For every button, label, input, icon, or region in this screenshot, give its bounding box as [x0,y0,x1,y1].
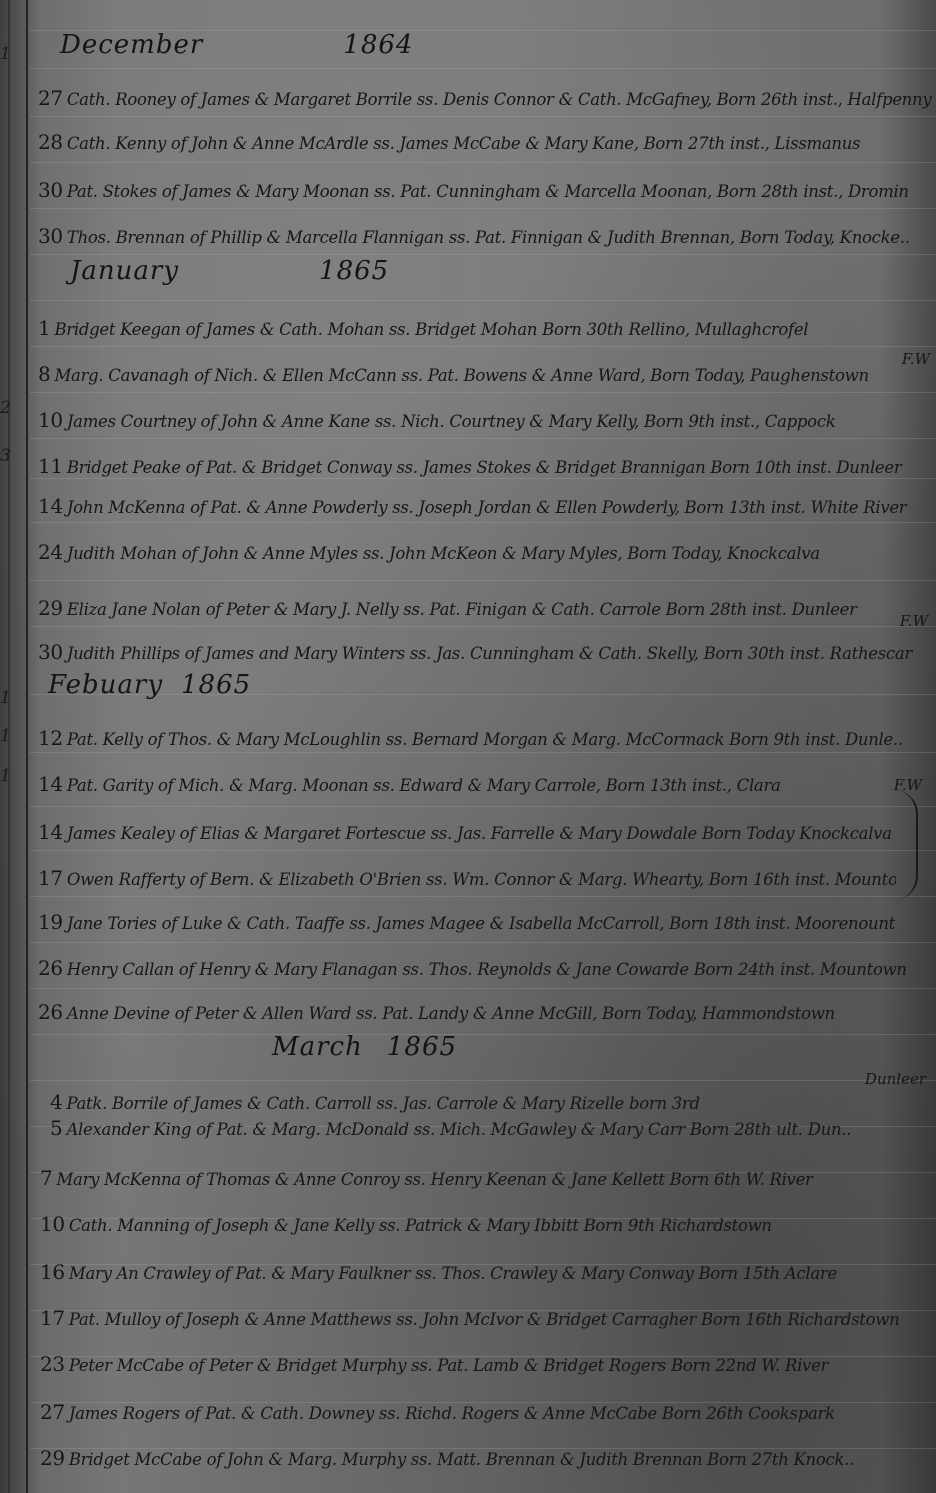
register-entry: 14John McKenna of Pat. & Anne Powderly s… [38,494,932,518]
register-entry: 14James Kealey of Elias & Margaret Forte… [38,820,896,844]
entry-day: 26 [38,956,63,980]
month-label: December [60,30,203,60]
entry-text: Thos. Brennan of Phillip & Marcella Flan… [67,228,910,247]
entry-day: 1 [38,316,50,340]
entry-text: Eliza Jane Nolan of Peter & Mary J. Nell… [67,600,857,619]
year-label: 1865 [181,670,251,700]
entry-text: James Kealey of Elias & Margaret Fortesc… [67,824,892,843]
entry-day: 27 [38,86,63,110]
entry-day: 17 [38,866,63,890]
ruled-line [30,1034,936,1035]
entry-day: 10 [38,408,63,432]
entry-text: Bridget Peake of Pat. & Bridget Conway s… [67,458,902,477]
ruled-line [30,1080,936,1081]
entry-text: Judith Mohan of John & Anne Myles ss. Jo… [67,544,820,563]
section-heading-december-1864: December1864 [60,30,413,60]
ruled-line [30,478,936,479]
entry-day: 4 [50,1090,62,1114]
entry-day: 29 [38,596,63,620]
year-label: 1864 [343,30,413,60]
entry-text: Anne Devine of Peter & Allen Ward ss. Pa… [67,1004,835,1023]
register-entry: 12Pat. Kelly of Thos. & Mary McLoughlin … [38,726,932,750]
entry-day: 14 [38,772,63,796]
entry-day: 17 [40,1306,65,1330]
entry-text: Alexander King of Pat. & Marg. McDonald … [66,1120,851,1139]
entry-day: 8 [38,362,50,386]
entry-day: 23 [40,1352,65,1376]
ruled-line [30,346,936,347]
register-entry: 26Henry Callan of Henry & Mary Flanagan … [38,956,932,980]
margin-mark: 1 [0,726,11,746]
margin-mark: 1 [0,766,11,786]
entry-day: 14 [38,494,63,518]
entry-text: Patk. Borrile of James & Cath. Carroll s… [66,1094,699,1113]
register-entry: 24Judith Mohan of John & Anne Myles ss. … [38,540,932,564]
entry-day: 30 [38,178,63,202]
margin-mark: 3 [0,446,11,466]
register-entry: 10James Courtney of John & Anne Kane ss.… [38,408,932,432]
entry-text: Bridget McCabe of John & Marg. Murphy ss… [69,1450,854,1469]
ruled-line [30,438,936,439]
entry-day: 11 [38,454,63,478]
register-entry: 23Peter McCabe of Peter & Bridget Murphy… [40,1352,932,1376]
section-heading-february-1865: Febuary1865 [48,670,251,700]
register-entry: 7Mary McKenna of Thomas & Anne Conroy ss… [40,1166,932,1190]
section-heading-january-1865: January1865 [70,256,389,286]
register-entry: 30Pat. Stokes of James & Mary Moonan ss.… [38,178,932,202]
register-entry: 17Owen Rafferty of Bern. & Elizabeth O'B… [38,866,896,890]
entry-text: Pat. Kelly of Thos. & Mary McLoughlin ss… [67,730,903,749]
entry-text: Henry Callan of Henry & Mary Flanagan ss… [67,960,907,979]
register-entry: 30Judith Phillips of James and Mary Wint… [38,640,932,664]
entry-text: Cath. Rooney of James & Margaret Borrile… [67,90,932,109]
register-entry: 1Bridget Keegan of James & Cath. Mohan s… [38,316,932,340]
margin-mark: 1 [0,44,11,64]
section-heading-march-1865: March1865 [272,1032,457,1062]
entry-day: 16 [40,1260,65,1284]
ruled-line [30,752,936,753]
ruled-line [30,392,936,393]
entry-text: Jane Tories of Luke & Cath. Taaffe ss. J… [67,914,895,933]
margin-mark: 2 [0,398,11,418]
entry-day: 7 [40,1166,52,1190]
margin-rule-inner [26,0,28,1493]
year-label: 1865 [319,256,389,286]
register-entry: 4Patk. Borrile of James & Cath. Carroll … [50,1090,932,1114]
entry-text: Marg. Cavanagh of Nich. & Ellen McCann s… [54,366,868,385]
register-entry: 10Cath. Manning of Joseph & Jane Kelly s… [40,1212,932,1236]
entry-day: 24 [38,540,63,564]
entry-text: James Rogers of Pat. & Cath. Downey ss. … [69,1404,835,1423]
margin-note-dunleer: Dunleer [865,1070,926,1088]
entry-day: 5 [50,1116,62,1140]
margin-note-fw: F.W [902,350,930,368]
entry-day: 19 [38,910,63,934]
register-entry: 28Cath. Kenny of John & Anne McArdle ss.… [38,130,932,154]
register-entry: 5Alexander King of Pat. & Marg. McDonald… [50,1116,932,1140]
register-entry: 8Marg. Cavanagh of Nich. & Ellen McCann … [38,362,896,386]
register-entry: 26Anne Devine of Peter & Allen Ward ss. … [38,1000,932,1024]
entry-text: Judith Phillips of James and Mary Winter… [67,644,912,663]
entry-text: Mary An Crawley of Pat. & Mary Faulkner … [69,1264,837,1283]
ruled-line [30,116,936,117]
margin-note-fw: F.W [900,612,928,630]
ruled-line [30,626,936,627]
entry-text: Pat. Garity of Mich. & Marg. Moonan ss. … [67,776,781,795]
entry-text: Owen Rafferty of Bern. & Elizabeth O'Bri… [67,870,896,889]
entry-day: 30 [38,224,63,248]
entry-day: 30 [38,640,63,664]
entry-text: Mary McKenna of Thomas & Anne Conroy ss.… [56,1170,812,1189]
entry-text: John McKenna of Pat. & Anne Powderly ss.… [67,498,907,517]
register-entry: 14Pat. Garity of Mich. & Marg. Moonan ss… [38,772,836,796]
month-label: January [70,256,179,286]
ruled-line [30,850,936,851]
entry-day: 12 [38,726,63,750]
register-entry: 11Bridget Peake of Pat. & Bridget Conway… [38,454,932,478]
ruled-line [30,806,936,807]
register-page: 1 2 3 1 1 1 December1864 27Cath. Rooney … [0,0,936,1493]
ruled-line [30,162,936,163]
ruled-line [30,254,936,255]
ruled-line [30,300,936,301]
entry-day: 26 [38,1000,63,1024]
bracket-mark [894,790,918,900]
ruled-line [30,580,936,581]
register-entry: 29Eliza Jane Nolan of Peter & Mary J. Ne… [38,596,932,620]
entry-day: 27 [40,1400,65,1424]
entry-text: Pat. Mulloy of Joseph & Anne Matthews ss… [69,1310,900,1329]
register-entry: 17Pat. Mulloy of Joseph & Anne Matthews … [40,1306,932,1330]
month-label: Febuary [48,670,163,700]
entry-day: 10 [40,1212,65,1236]
entry-text: Cath. Kenny of John & Anne McArdle ss. J… [67,134,860,153]
entry-day: 14 [38,820,63,844]
entry-text: Bridget Keegan of James & Cath. Mohan ss… [54,320,808,339]
register-entry: 16Mary An Crawley of Pat. & Mary Faulkne… [40,1260,932,1284]
margin-mark: 1 [0,688,11,708]
entry-day: 29 [40,1446,65,1470]
entry-day: 28 [38,130,63,154]
register-entry: 27Cath. Rooney of James & Margaret Borri… [38,86,932,110]
year-label: 1865 [387,1032,457,1062]
entry-text: Pat. Stokes of James & Mary Moonan ss. P… [67,182,909,201]
margin-rule-outer [8,0,10,1493]
ruled-line [30,208,936,209]
register-entry: 30Thos. Brennan of Phillip & Marcella Fl… [38,224,932,248]
register-entry: 27James Rogers of Pat. & Cath. Downey ss… [40,1400,932,1424]
entry-text: Cath. Manning of Joseph & Jane Kelly ss.… [69,1216,772,1235]
register-entry: 29Bridget McCabe of John & Marg. Murphy … [40,1446,932,1470]
ruled-line [30,68,936,69]
ruled-line [30,988,936,989]
entry-text: Peter McCabe of Peter & Bridget Murphy s… [69,1356,828,1375]
entry-text: James Courtney of John & Anne Kane ss. N… [67,412,836,431]
register-entry: 19Jane Tories of Luke & Cath. Taaffe ss.… [38,910,932,934]
ruled-line [30,522,936,523]
ruled-line [30,942,936,943]
month-label: March [272,1032,363,1062]
ruled-line [30,896,936,897]
